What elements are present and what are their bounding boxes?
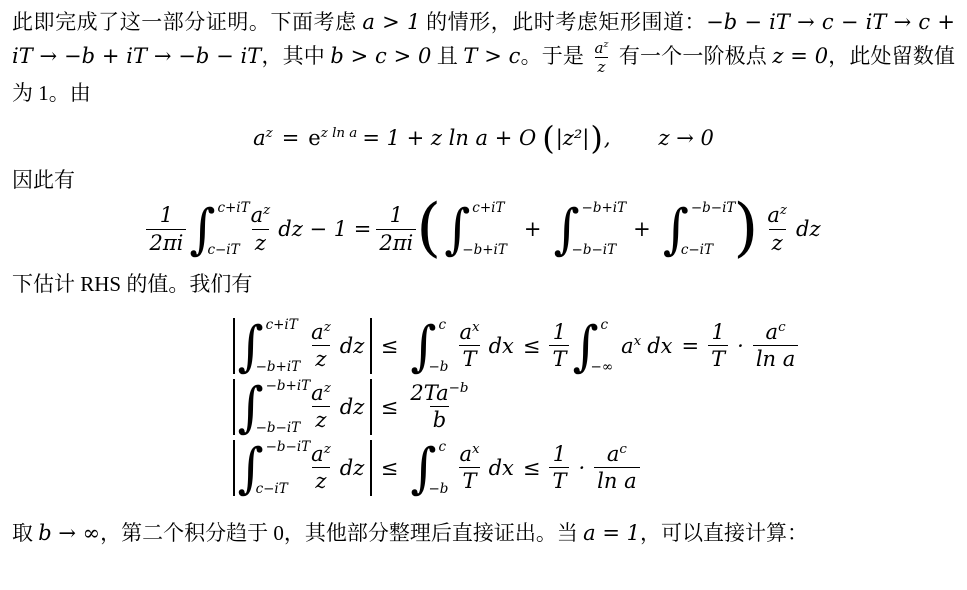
differential-dz: dz: [796, 217, 821, 241]
abs-bar: [233, 440, 235, 496]
fraction-denominator: z: [595, 57, 609, 77]
fraction-numerator: ax: [456, 441, 482, 467]
integral-lower-limit: −b+iT: [462, 242, 507, 258]
fraction-denominator: 2πi: [146, 229, 186, 256]
integral-upper-limit: c+iT: [217, 200, 249, 216]
fraction-denominator: z: [312, 406, 329, 433]
integral-lower-limit: c−iT: [681, 242, 726, 258]
fraction-numerator: 1: [387, 202, 406, 228]
fraction-denominator: b: [430, 406, 449, 433]
text-run: ，可以直接计算：: [640, 521, 808, 545]
fraction-denominator: T: [708, 345, 728, 372]
abs-z-squared: |z²|: [556, 126, 590, 150]
equation-contour-split: 12πi ∫c+iTc−iT azz dz − 1 = 12πi ( ∫c+iT…: [12, 200, 955, 258]
leq-sign: ≤: [381, 334, 399, 358]
fraction-1-over-2pii: 12πi: [376, 202, 416, 256]
equals-sign: =: [282, 126, 300, 150]
math-run: z = 0: [772, 44, 828, 68]
fraction-1-over-2pii: 12πi: [146, 202, 186, 256]
integral-lower-limit: c−iT: [256, 481, 301, 497]
fraction-1-over-T: 1T: [708, 319, 728, 373]
integral-lower-limit: −b−iT: [256, 420, 301, 436]
integral-top-side: ∫c+iT−b+iT: [238, 317, 306, 375]
absolute-value-group: ∫−b+iT−b−iT azz dz: [233, 378, 372, 436]
integral-to-neg-infinity: ∫c−∞: [572, 317, 618, 375]
final-paragraph: 取 b → ∞，第二个积分趋于 0，其他部分整理后直接证出。当 a = 1，可以…: [12, 517, 955, 550]
integral-bottom-side: ∫−b−iTc−iT: [238, 439, 306, 497]
fraction-numerator: az: [591, 39, 611, 58]
fraction-denominator: T: [549, 467, 569, 494]
text-run: 有一个一阶极点: [613, 44, 772, 68]
text-run: ，其中: [261, 44, 330, 68]
integral-main: ∫c+iTc−iT: [189, 200, 244, 258]
integral-real-axis: ∫c−b: [410, 439, 453, 497]
text-run: 因此有: [12, 168, 75, 192]
text-run: ，第二个积分趋于 0，其他部分整理后直接证出。当: [100, 521, 583, 545]
integral-upper-limit: c: [601, 317, 624, 333]
fraction-denominator: z: [769, 229, 786, 256]
fraction-1-over-T: 1T: [549, 319, 569, 373]
equals-sign: =: [682, 334, 700, 358]
math-run: a > 1: [362, 10, 420, 34]
fraction-az-over-z: azz: [308, 441, 334, 495]
integral-lower-limit: c−iT: [207, 242, 239, 258]
fraction-az-over-z: azz: [248, 202, 274, 256]
differential-dz: dz: [340, 334, 365, 358]
abs-bar: [233, 379, 235, 435]
fraction-az-over-z: azz: [308, 380, 334, 434]
cdot-sign: ·: [578, 456, 585, 480]
math-term-ax: ax: [621, 334, 641, 358]
fraction-denominator: 2πi: [376, 229, 416, 256]
fraction-2Tab-over-b: 2Ta−bb: [407, 380, 471, 434]
fraction-denominator: ln a: [594, 467, 639, 494]
math-run: a = 1: [583, 521, 640, 545]
fraction-numerator: 1: [708, 319, 727, 345]
leq-sign: ≤: [523, 456, 541, 480]
fraction-numerator: az: [308, 380, 334, 406]
integral-upper-limit: c+iT: [472, 200, 517, 216]
integral-lower-limit: −b+iT: [256, 359, 301, 375]
differential-dz: dz: [340, 395, 365, 419]
abs-bar: [370, 318, 372, 374]
differential-dx: dx: [647, 334, 672, 358]
math-run: b → ∞: [38, 521, 100, 545]
fraction-numerator: ac: [763, 319, 789, 345]
cdot-sign: ·: [737, 334, 744, 358]
differential-dx: dx: [489, 334, 514, 358]
integral-top-side: ∫c+iT−b+iT: [444, 200, 512, 258]
integral-upper-limit: c+iT: [266, 317, 311, 333]
fraction-az-over-z: azz: [308, 319, 334, 373]
left-paren: (: [542, 122, 554, 154]
integral-upper-limit: c: [438, 439, 458, 455]
estimate-line-3: ∫−b−iTc−iT azz dz ≤ ∫c−b axT dx ≤ 1T · a…: [233, 439, 955, 497]
integral-left-side: ∫−b+iT−b−iT: [238, 378, 306, 436]
fraction-denominator: z: [252, 229, 269, 256]
fraction-denominator: z: [312, 345, 329, 372]
math-run: dz − 1 =: [278, 217, 371, 241]
leq-sign: ≤: [381, 395, 399, 419]
math-term-a-pow-z: az: [253, 126, 273, 150]
fraction-numerator: az: [764, 202, 790, 228]
limit-condition: z → 0: [659, 126, 714, 150]
differential-dz: dz: [340, 456, 365, 480]
fraction-numerator: 1: [550, 319, 569, 345]
text-run: 。于是: [520, 44, 589, 68]
integral-lower-limit: −b: [428, 481, 448, 497]
fraction-numerator: az: [308, 441, 334, 467]
fraction-denominator: T: [459, 345, 479, 372]
text-run: 且: [431, 44, 463, 68]
math-run: = 1 + z ln a + O: [362, 126, 536, 150]
fraction-denominator: z: [312, 467, 329, 494]
abs-bar: [370, 440, 372, 496]
leq-sign: ≤: [523, 334, 541, 358]
estimate-line-1: ∫c+iT−b+iT azz dz ≤ ∫c−b axT dx ≤ 1T ∫c−…: [233, 317, 955, 375]
leq-sign: ≤: [381, 456, 399, 480]
integral-upper-limit: −b+iT: [582, 200, 627, 216]
fraction-numerator: ac: [604, 441, 630, 467]
fraction-1-over-T: 1T: [549, 441, 569, 495]
text-run: 的情形，此时考虑矩形围道：: [420, 10, 706, 34]
equation-taylor-expansion: az = ez ln a = 1 + z ln a + O ( |z²| ) ,…: [12, 122, 955, 154]
fraction-ax-over-T: axT: [456, 441, 482, 495]
plus-sign: +: [524, 217, 542, 241]
estimate-label: 下估计 RHS 的值。我们有: [12, 268, 955, 301]
math-run: T > c: [463, 44, 520, 68]
differential-dx: dx: [489, 456, 514, 480]
right-paren: ): [733, 200, 758, 258]
fraction-ac-over-lna: acln a: [753, 319, 798, 373]
fraction-numerator: ax: [456, 319, 482, 345]
abs-bar: [233, 318, 235, 374]
integral-upper-limit: −b+iT: [266, 378, 311, 394]
absolute-value-group: ∫−b−iTc−iT azz dz: [233, 439, 372, 497]
fraction-numerator: 1: [157, 202, 176, 228]
math-term-exp: ez ln a: [308, 126, 357, 150]
text-run: 下估计 RHS 的值。我们有: [12, 272, 252, 296]
integral-lower-limit: −b−iT: [572, 242, 617, 258]
comma: ,: [604, 126, 611, 150]
fraction-denominator: T: [549, 345, 569, 372]
abs-bar: [370, 379, 372, 435]
inline-fraction-az-over-z: azz: [591, 39, 611, 78]
math-run: b > c > 0: [330, 44, 431, 68]
fraction-ax-over-T: axT: [456, 319, 482, 373]
integral-lower-limit: −b: [428, 359, 448, 375]
intro-paragraph: 此即完成了这一部分证明。下面考虑 a > 1 的情形，此时考虑矩形围道：−b −…: [12, 6, 955, 110]
fraction-numerator: az: [308, 319, 334, 345]
thus-label: 因此有: [12, 164, 955, 197]
fraction-denominator: T: [459, 467, 479, 494]
integral-upper-limit: −b−iT: [691, 200, 736, 216]
fraction-numerator: 1: [550, 441, 569, 467]
left-paren: (: [416, 200, 441, 258]
absolute-value-group: ∫c+iT−b+iT azz dz: [233, 317, 372, 375]
integral-real-axis: ∫c−b: [410, 317, 453, 375]
integral-upper-limit: c: [438, 317, 458, 333]
integral-left-side: ∫−b+iT−b−iT: [553, 200, 621, 258]
integral-upper-limit: −b−iT: [266, 439, 311, 455]
fraction-az-over-z: azz: [764, 202, 790, 256]
fraction-denominator: ln a: [753, 345, 798, 372]
integral-lower-limit: −∞: [591, 359, 614, 375]
document: { "colors": { "background": "#ffffff", "…: [0, 0, 967, 590]
right-paren: ): [590, 122, 602, 154]
text-run: 此即完成了这一部分证明。下面考虑: [12, 10, 362, 34]
fraction-numerator: 2Ta−b: [407, 380, 471, 406]
text-run: 取: [12, 521, 38, 545]
fraction-ac-over-lna: acln a: [594, 441, 639, 495]
estimates-block: ∫c+iT−b+iT azz dz ≤ ∫c−b axT dx ≤ 1T ∫c−…: [233, 317, 955, 497]
plus-sign: +: [633, 217, 651, 241]
fraction-numerator: az: [248, 202, 274, 228]
integral-bottom-side: ∫−b−iTc−iT: [663, 200, 731, 258]
estimate-line-2: ∫−b+iT−b−iT azz dz ≤ 2Ta−bb: [233, 378, 955, 436]
